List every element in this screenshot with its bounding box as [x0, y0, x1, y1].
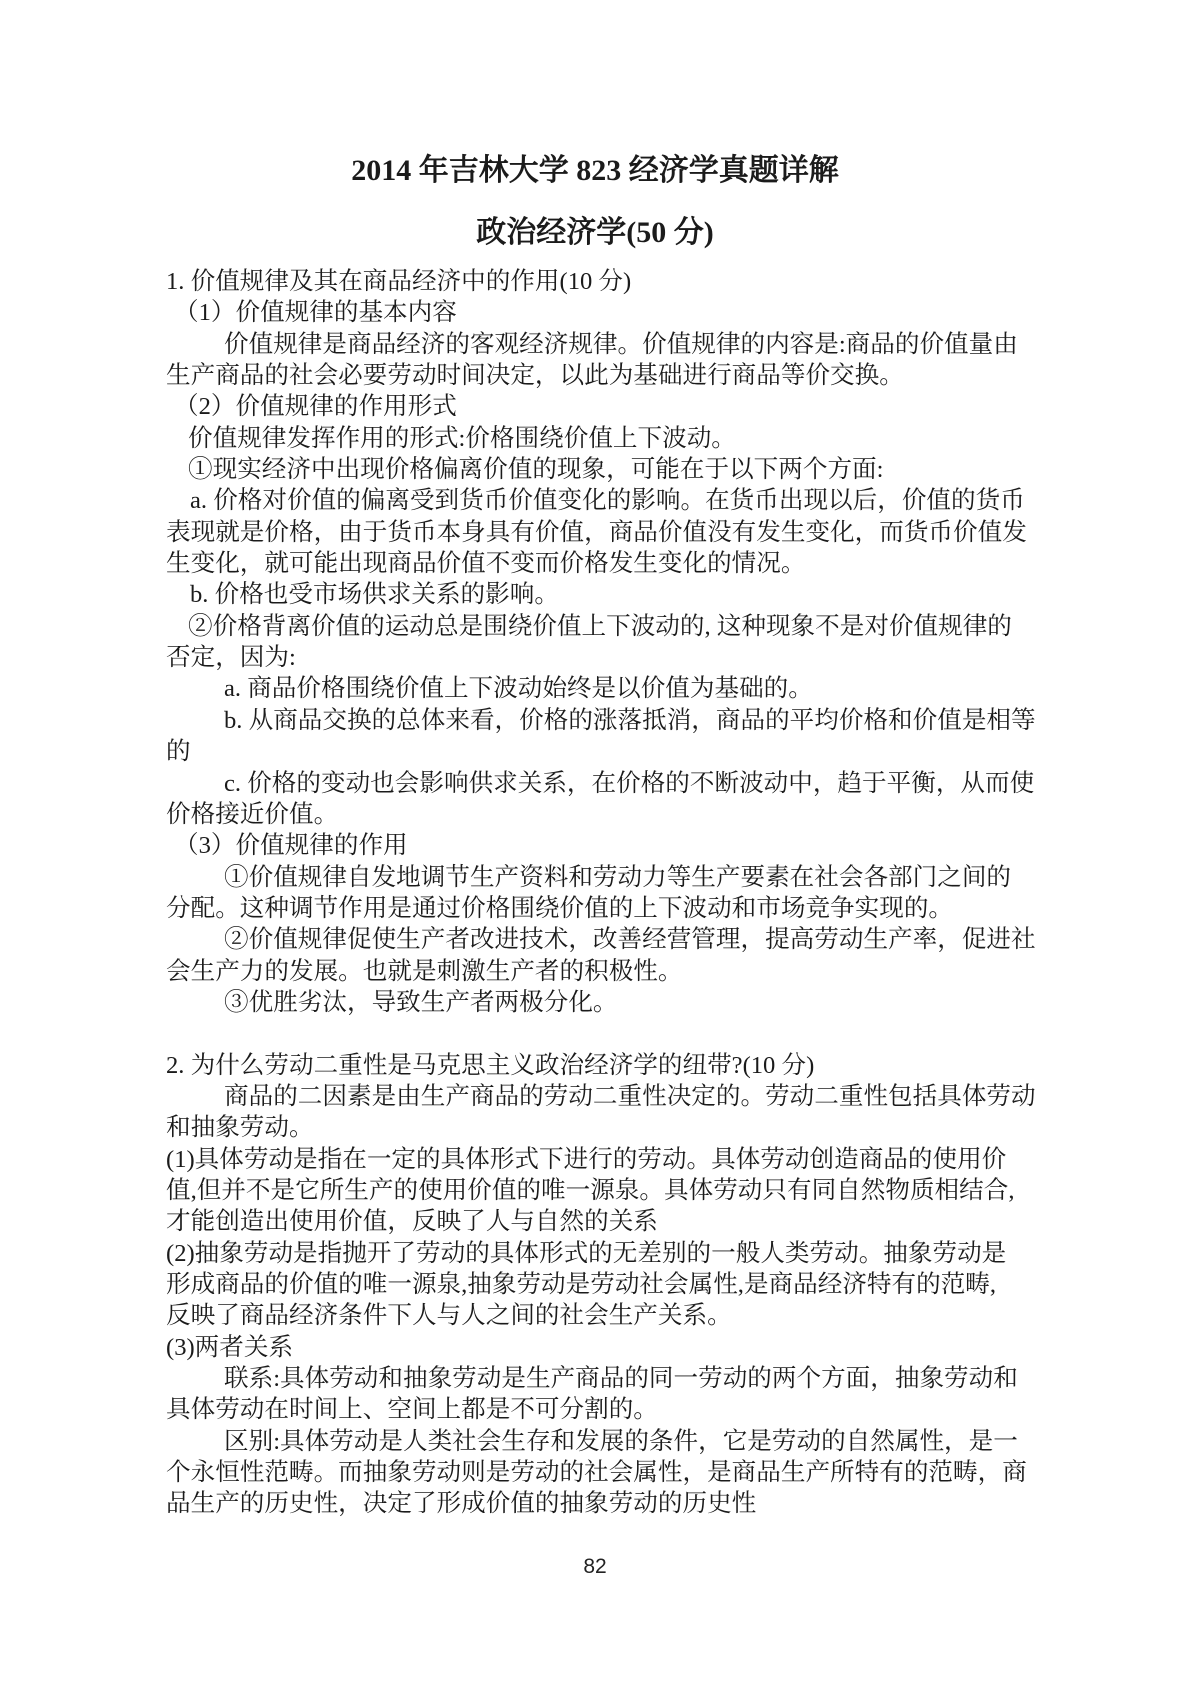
document-page: 2014 年吉林大学 823 经济学真题详解 政治经济学(50 分) 1. 价值…	[0, 0, 1190, 1683]
text-line: ③优胜劣汰，导致生产者两极分化。	[166, 987, 1066, 1018]
text-line: 反映了商品经济条件下人与人之间的社会生产关系。	[166, 1300, 1066, 1331]
text-line: 2. 为什么劳动二重性是马克思主义政治经济学的纽带?(10 分)	[166, 1050, 1066, 1081]
text-line: 分配。这种调节作用是通过价格围绕价值的上下波动和市场竞争实现的。	[166, 893, 1066, 924]
text-line: 具体劳动在时间上、空间上都是不可分割的。	[166, 1394, 1066, 1425]
text-line: (2)抽象劳动是指抛开了劳动的具体形式的无差别的一般人类劳动。抽象劳动是	[166, 1238, 1066, 1269]
text-line: ①现实经济中出现价格偏离价值的现象，可能在于以下两个方面:	[166, 454, 1066, 485]
text-line: 联系:具体劳动和抽象劳动是生产商品的同一劳动的两个方面，抽象劳动和	[166, 1363, 1066, 1394]
text-line: 价值规律发挥作用的形式:价格围绕价值上下波动。	[166, 423, 1066, 454]
text-line: 否定，因为:	[166, 642, 1066, 673]
text-line: （2）价值规律的作用形式	[166, 391, 1066, 422]
text-line: 值,但并不是它所生产的使用价值的唯一源泉。具体劳动只有同自然物质相结合,	[166, 1175, 1066, 1206]
text-line: 个永恒性范畴。而抽象劳动则是劳动的社会属性，是商品生产所特有的范畴，商	[166, 1457, 1066, 1488]
text-line: 品生产的历史性，决定了形成价值的抽象劳动的历史性	[166, 1488, 1066, 1519]
text-line: 1. 价值规律及其在商品经济中的作用(10 分)	[166, 266, 1066, 297]
text-line: 价值规律是商品经济的客观经济规律。价值规律的内容是:商品的价值量由	[166, 329, 1066, 360]
text-line: 区别:具体劳动是人类社会生存和发展的条件，它是劳动的自然属性，是一	[166, 1426, 1066, 1457]
text-line: (1)具体劳动是指在一定的具体形式下进行的劳动。具体劳动创造商品的使用价	[166, 1144, 1066, 1175]
text-line: (3)两者关系	[166, 1332, 1066, 1363]
text-line: 和抽象劳动。	[166, 1112, 1066, 1143]
text-line: ②价格背离价值的运动总是围绕价值上下波动的, 这种现象不是对价值规律的	[166, 611, 1066, 642]
text-line: 商品的二因素是由生产商品的劳动二重性决定的。劳动二重性包括具体劳动	[166, 1081, 1066, 1112]
document-title: 2014 年吉林大学 823 经济学真题详解	[0, 153, 1190, 189]
text-line: b. 从商品交换的总体来看，价格的涨落抵消，商品的平均价格和价值是相等	[166, 705, 1066, 736]
text-line: 表现就是价格，由于货币本身具有价值，商品价值没有发生变化，而货币价值发	[166, 517, 1066, 548]
section-title: 政治经济学(50 分)	[0, 215, 1190, 251]
text-line: a. 商品价格围绕价值上下波动始终是以价值为基础的。	[166, 673, 1066, 704]
text-line: c. 价格的变动也会影响供求关系，在价格的不断波动中，趋于平衡，从而使	[166, 768, 1066, 799]
text-line: 形成商品的价值的唯一源泉,抽象劳动是劳动社会属性,是商品经济特有的范畴,	[166, 1269, 1066, 1300]
text-line: ①价值规律自发地调节生产资料和劳动力等生产要素在社会各部门之间的	[166, 862, 1066, 893]
document-body: 1. 价值规律及其在商品经济中的作用(10 分)（1）价值规律的基本内容价值规律…	[166, 266, 1066, 1520]
text-line: （1）价值规律的基本内容	[166, 297, 1066, 328]
text-line: 生变化，就可能出现商品价值不变而价格发生变化的情况。	[166, 548, 1066, 579]
text-line: b. 价格也受市场供求关系的影响。	[166, 579, 1066, 610]
text-line: 会生产力的发展。也就是刺激生产者的积极性。	[166, 956, 1066, 987]
text-line	[166, 1018, 1066, 1049]
text-line: 价格接近价值。	[166, 799, 1066, 830]
text-line: a. 价格对价值的偏离受到货币价值变化的影响。在货币出现以后，价值的货币	[166, 485, 1066, 516]
text-line: 的	[166, 736, 1066, 767]
page-number: 82	[0, 1554, 1190, 1580]
text-line: （3）价值规律的作用	[166, 830, 1066, 861]
text-line: 才能创造出使用价值，反映了人与自然的关系	[166, 1206, 1066, 1237]
text-line: ②价值规律促使生产者改进技术，改善经营管理，提高劳动生产率，促进社	[166, 924, 1066, 955]
text-line: 生产商品的社会必要劳动时间决定，以此为基础进行商品等价交换。	[166, 360, 1066, 391]
